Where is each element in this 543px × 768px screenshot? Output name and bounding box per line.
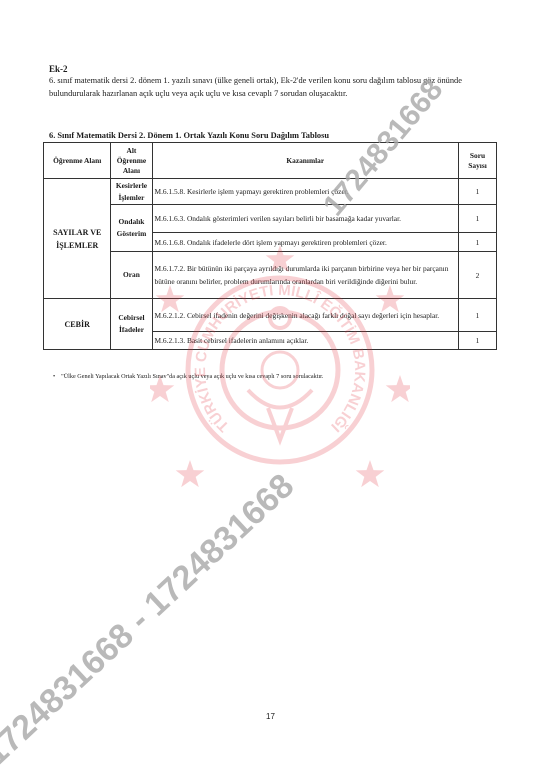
header-area: Öğrenme Alanı [44,143,111,179]
table-row: Ondalık Gösterim M.6.1.6.3. Ondalık göst… [44,205,497,233]
count-cell: 1 [459,332,497,350]
area-cell: SAYILAR VE İŞLEMLER [44,179,111,299]
page-number: 17 [266,712,275,721]
distribution-table: Öğrenme Alanı Alt Öğrenme Alanı Kazanıml… [43,142,497,350]
footnote: •"Ülke Geneli Yapılacak Ortak Yazılı Sın… [53,373,323,380]
count-cell: 1 [459,205,497,233]
outcome-cell: M.6.2.1.2. Cebirsel ifadenin değerini de… [152,299,459,332]
outcome-cell: M.6.1.6.8. Ondalık ifadelerle dört işlem… [152,233,459,252]
sub-area-cell: Cebirsel İfadeler [111,299,152,350]
table-header-row: Öğrenme Alanı Alt Öğrenme Alanı Kazanıml… [44,143,497,179]
header-outcomes: Kazanımlar [152,143,459,179]
bullet-icon: • [53,373,55,380]
area-cell: CEBİR [44,299,111,350]
sub-area-cell: Oran [111,252,152,299]
section-label: Ek-2 [49,64,68,74]
document-page: Ek-2 6. sınıf matematik dersi 2. dönem 1… [0,0,543,768]
count-cell: 1 [459,299,497,332]
outcome-cell: M.6.1.5.8. Kesirlerle işlem yapmayı gere… [152,179,459,205]
count-cell: 1 [459,179,497,205]
table-row: SAYILAR VE İŞLEMLER Kesirlerle İşlemler … [44,179,497,205]
footnote-text: "Ülke Geneli Yapılacak Ortak Yazılı Sına… [61,373,323,380]
table-row: Oran M.6.1.7.2. Bir bütünün iki parçaya … [44,252,497,299]
sub-area-cell: Kesirlerle İşlemler [111,179,152,205]
outcome-cell: M.6.2.1.3. Basit cebirsel ifadelerin anl… [152,332,459,350]
outcome-cell: M.6.1.6.3. Ondalık gösterimleri verilen … [152,205,459,233]
count-cell: 2 [459,252,497,299]
watermark-text: 1724831668 - 1724831668 [0,467,302,768]
intro-paragraph: 6. sınıf matematik dersi 2. dönem 1. yaz… [49,75,499,100]
table-title: 6. Sınıf Matematik Dersi 2. Dönem 1. Ort… [49,131,329,140]
header-sub-area: Alt Öğrenme Alanı [111,143,152,179]
table-row: CEBİR Cebirsel İfadeler M.6.2.1.2. Cebir… [44,299,497,332]
outcome-cell: M.6.1.7.2. Bir bütünün iki parçaya ayrıl… [152,252,459,299]
header-count: Soru Sayısı [459,143,497,179]
sub-area-cell: Ondalık Gösterim [111,205,152,252]
count-cell: 1 [459,233,497,252]
